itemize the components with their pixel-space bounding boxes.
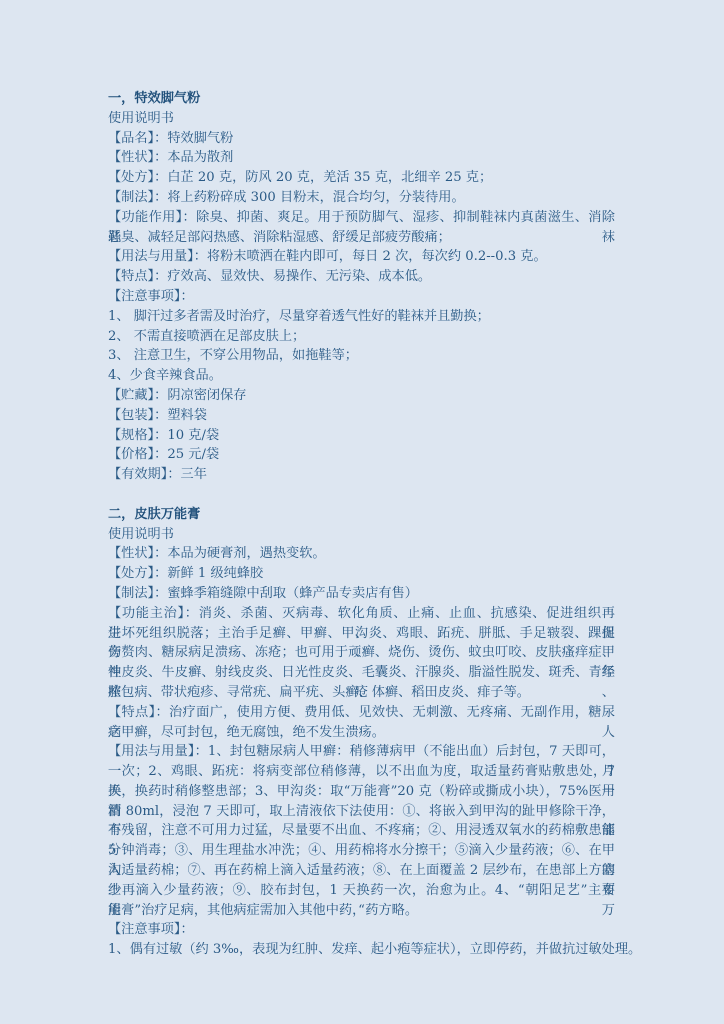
shelf-life: 【有效期】：三年 — [108, 465, 620, 485]
usage-line: 入适量药棉；⑦、再在药棉上滴入适量药液；⑧、在上面覆盖 2 层纱布，在患部上方的… — [108, 861, 615, 881]
price: 【价格】：25 元/袋 — [108, 445, 620, 465]
usage-line: 【用法与用量】：1、封包糖尿病人甲癣：稍修薄病甲（不能出血）后封包，7 天即可，… — [108, 742, 615, 762]
section-spacer — [108, 485, 620, 505]
packaging: 【包装】：塑料袋 — [108, 406, 620, 426]
instructions-label: 使用说明书 — [108, 109, 620, 129]
storage: 【贮藏】：阴凉密闭保存 — [108, 386, 620, 406]
product-name: 【品名】：特效脚气粉 — [108, 129, 620, 149]
product-form: 【性状】：本品为硬膏剂，遇热变软。 — [108, 544, 620, 564]
preparation-method: 【制法】：蜜蜂季箱缝隙中刮取（蜂产品专卖店有售） — [108, 584, 620, 604]
indications-line: 性皮炎、牛皮癣、射线皮炎、日光性皮炎、毛囊炎、汗腺炎、脂溢性脱发、斑秃、青年痤疮… — [108, 663, 615, 683]
document-body: 一，特效脚气粉 使用说明书 【品名】：特效脚气粉 【性状】：本品为散剂 【处方】… — [108, 89, 620, 960]
indications-line: 【功能主治】：消炎、杀菌、灭病毒、软化角质、止痛、止血、抗感染、促进组织再生、促 — [108, 604, 615, 624]
instructions-label: 使用说明书 — [108, 525, 620, 545]
usage-line: 精 80ml，浸泡 7 天即可，取上清液依下法使用：①、将嵌入到甲沟的趾甲修除干… — [108, 802, 615, 822]
precautions-label: 【注意事项】： — [108, 287, 620, 307]
section-heading-skin-ointment: 二，皮肤万能膏 — [108, 505, 620, 525]
usage-line: 分钟消毒；③、用生理盐水冲洗；④、用药棉将水分擦干；⑤滴入少量药液；⑥、在甲沟塞 — [108, 841, 615, 861]
usage-line: 一次；2、鸡眼、跖疣：将病变部位稍修薄，以不出血为度，取适量药膏贴敷患处，7 天… — [108, 762, 615, 782]
precautions-label: 【注意事项】： — [108, 920, 620, 940]
precaution-item: 3、 注意卫生，不穿公用物品，如拖鞋等； — [108, 346, 620, 366]
features-line: 【特点】：治疗面广，使用方便、费用低、见效快、无刺激、无疼痛、无副作用，糖尿病人 — [108, 703, 615, 723]
prescription: 【处方】：新鲜 1 级纯蜂胶 — [108, 564, 620, 584]
precaution-item: 1、偶有过敏（约 3‰，表现为红肿、发痒、起小疱等症状），立即停药，并做抗过敏处… — [108, 940, 620, 960]
specification: 【规格】：10 克/袋 — [108, 426, 620, 446]
product-form: 【性状】：本品为散剂 — [108, 148, 620, 168]
indications-line: 进坏死组织脱落；主治手足癣、甲癣、甲沟炎、鸡眼、跖疣、胼胝、手足皲裂、踝扭伤、甲 — [108, 624, 615, 644]
indications-line: 旁赘肉、糖尿病足溃疡、冻疮；也可用于顽癣、烧伤、烫伤、蚊虫叮咬、皮肤瘙痒症、神经 — [108, 643, 615, 663]
section-heading-athletes-foot-powder: 一，特效脚气粉 — [108, 89, 620, 109]
function-line: 【功能作用】：除臭、抑菌、爽足。用于预防脚气、湿疹、抑制鞋袜内真菌滋生、消除鞋袜 — [108, 208, 615, 228]
usage-line: 换，换药时稍修整患部；3、甲沟炎：取“万能膏”20 克（粉碎或撕成小块），75%… — [108, 782, 615, 802]
document-page: 一，特效脚气粉 使用说明书 【品名】：特效脚气粉 【性状】：本品为散剂 【处方】… — [0, 0, 724, 1024]
features: 【特点】：疗效高、显效快、易操作、无污染、成本低。 — [108, 267, 620, 287]
usage-line: 上再滴入少量药液；⑨、胶布封包，1 天换药一次，治愈为止。4、“朝阳足艺”主要用… — [108, 881, 615, 901]
usage-line: 有残留，注意不可用力过猛，尽量要不出血、不疼痛；②、用浸透双氧水的药棉敷患部 5 — [108, 821, 615, 841]
precaution-item: 1、 脚汗过多者需及时治疗，尽量穿着透气性好的鞋袜并且勤换； — [108, 307, 620, 327]
preparation-method: 【制法】：将上药粉碎成 300 目粉末，混合均匀，分装待用。 — [108, 188, 620, 208]
precaution-item: 2、 不需直接喷洒在足部皮肤上； — [108, 327, 620, 347]
prescription: 【处方】：白芷 20 克，防风 20 克，羌活 35 克，北细辛 25 克； — [108, 168, 620, 188]
usage-dosage: 【用法与用量】：将粉末喷洒在鞋内即可，每日 2 次，每次约 0.2--0.3 克… — [108, 247, 620, 267]
precaution-item: 4、少食辛辣食品。 — [108, 366, 620, 386]
